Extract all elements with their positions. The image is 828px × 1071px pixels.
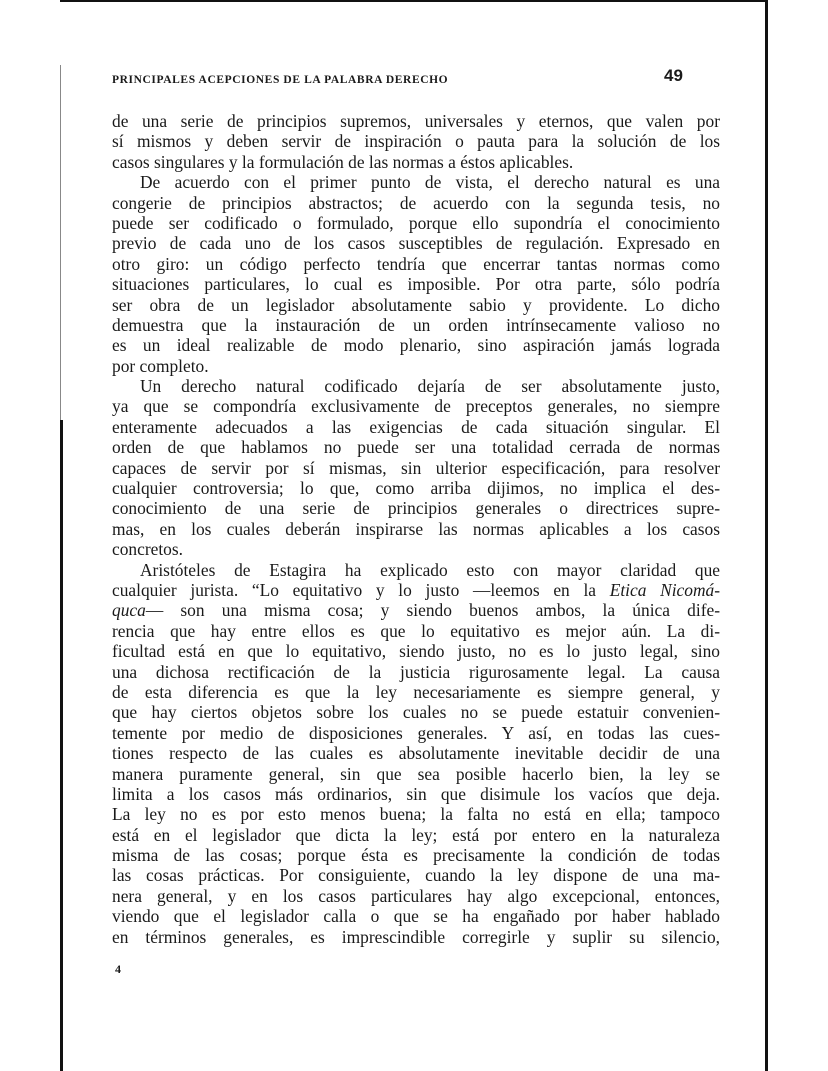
text-line: que hay ciertos objetos sobre los cuales…	[112, 702, 720, 722]
text-line: otro giro: un código perfecto tendría qu…	[112, 254, 720, 274]
text-line: de una serie de principios supremos, uni…	[112, 111, 720, 131]
text-line: situaciones particulares, lo cual es imp…	[112, 274, 720, 294]
text-line: viendo que el legislador calla o que se …	[112, 906, 720, 926]
text-line: mas, en los cuales deberán inspirarse la…	[112, 519, 720, 539]
text-line: enteramente adecuados a las exigencias d…	[112, 417, 720, 437]
text-line: puede ser codificado o formulado, porque…	[112, 213, 720, 233]
scan-border-top	[60, 0, 768, 2]
text-line: nera general, y en los casos particulare…	[112, 886, 720, 906]
text-line: temente por medio de disposiciones gener…	[112, 723, 720, 743]
body-text: de una serie de principios supremos, uni…	[112, 111, 720, 947]
text-line: es un ideal realizable de modo plenario,…	[112, 335, 720, 355]
text-line: cualquier controversia; lo que, como arr…	[112, 478, 720, 498]
footer-signature-mark: 4	[115, 962, 121, 977]
text-line: previo de cada uno de los casos suscepti…	[112, 233, 720, 253]
scan-border-right	[765, 0, 768, 1071]
text-fragment: — son una misma cosa; y siendo buenos am…	[146, 600, 720, 620]
page-number: 49	[664, 66, 683, 86]
text-line: conocimiento de una serie de principios …	[112, 498, 720, 518]
text-line: ficultad está en que lo equitativo, sien…	[112, 641, 720, 661]
text-line: una dichosa rectificación de la justicia…	[112, 662, 720, 682]
running-head: PRINCIPALES ACEPCIONES DE LA PALABRA DER…	[112, 74, 712, 86]
text-line: de esta diferencia es que la ley necesar…	[112, 682, 720, 702]
italic-title: quca	[112, 600, 146, 620]
text-line: concretos.	[112, 539, 720, 559]
text-line: en términos generales, es imprescindible…	[112, 927, 720, 947]
italic-title: Etica Nicomá-	[610, 580, 720, 600]
text-line: capaces de servir por sí mismas, sin ult…	[112, 458, 720, 478]
text-line: congerie de principios abstractos; de ac…	[112, 193, 720, 213]
text-line: sí mismos y deben servir de inspiración …	[112, 131, 720, 151]
text-fragment: cualquier jurista. “Lo equitativo y lo j…	[112, 580, 610, 600]
text-line: rencia que hay entre ellos es que lo equ…	[112, 621, 720, 641]
scan-border-left-dark	[60, 420, 63, 1071]
text-line: ser obra de un legislador absolutamente …	[112, 295, 720, 315]
text-line: misma de las cosas; porque ésta es preci…	[112, 845, 720, 865]
text-line: casos singulares y la formulación de las…	[112, 152, 720, 172]
text-line: quca— son una misma cosa; y siendo bueno…	[112, 600, 720, 620]
text-line: tiones respecto de las cuales es absolut…	[112, 743, 720, 763]
text-line: Un derecho natural codificado dejaría de…	[112, 376, 720, 396]
text-line: La ley no es por esto menos buena; la fa…	[112, 804, 720, 824]
text-line: De acuerdo con el primer punto de vista,…	[112, 172, 720, 192]
text-line: por completo.	[112, 356, 720, 376]
text-line: demuestra que la instauración de un orde…	[112, 315, 720, 335]
text-line: Aristóteles de Estagira ha explicado est…	[112, 560, 720, 580]
text-line: está en el legislador que dicta la ley; …	[112, 825, 720, 845]
text-line: ya que se compondría exclusivamente de p…	[112, 396, 720, 416]
text-line: cualquier jurista. “Lo equitativo y lo j…	[112, 580, 720, 600]
text-line: manera puramente general, sin que sea po…	[112, 764, 720, 784]
text-line: las cosas prácticas. Por consiguiente, c…	[112, 865, 720, 885]
scan-border-left	[60, 65, 61, 420]
text-line: limita a los casos más ordinarios, sin q…	[112, 784, 720, 804]
text-line: orden de que hablamos no puede ser una t…	[112, 437, 720, 457]
